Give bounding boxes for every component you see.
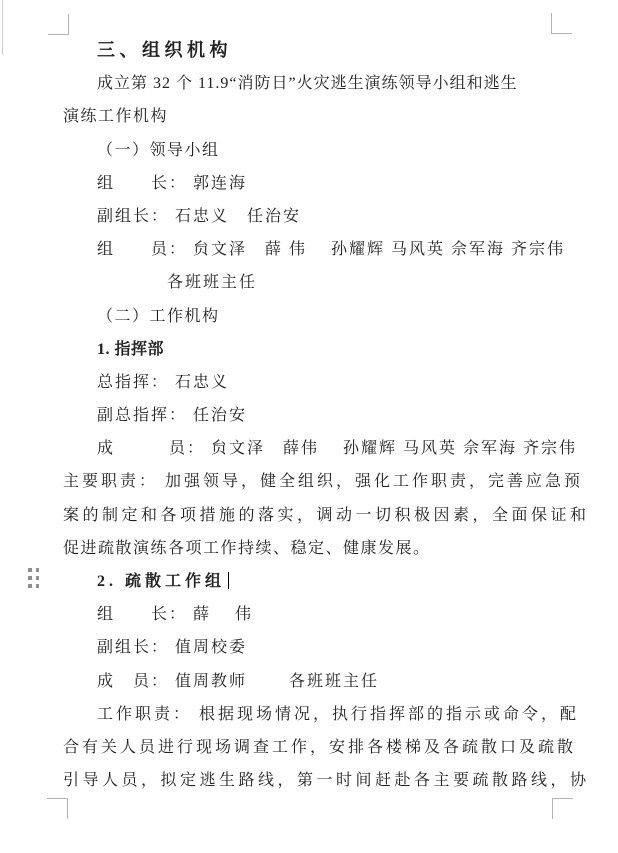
document-text-area[interactable]: 三、组织机构成立第 32 个 11.9“消防日”火灾逃生演练领导小组和逃生演练工…	[63, 34, 603, 797]
text-line-10[interactable]: 1. 指挥部	[97, 333, 603, 366]
text-line-12[interactable]: 副总指挥： 任治安	[97, 399, 603, 432]
text-line-16[interactable]: 促进疏散演练各项工作持续、稳定、健康发展。	[63, 532, 603, 565]
text-boundary-mark-bottom-left	[47, 798, 68, 819]
text-line-8[interactable]: 各班班主任	[167, 266, 603, 299]
text-line-20[interactable]: 成 员： 值周教师 各班班主任	[97, 665, 603, 698]
text-line-21[interactable]: 工作职责： 根据现场情况，执行指挥部的指示或命令，配	[97, 698, 603, 731]
text-line-5[interactable]: 组 长： 郭连海	[97, 167, 603, 200]
text-line-11[interactable]: 总指挥： 石忠义	[97, 366, 603, 399]
text-line-1[interactable]: 三、组织机构	[97, 34, 603, 67]
text-line-22[interactable]: 合有关人员进行现场调查工作，安排各楼梯及各疏散口及疏散	[63, 731, 603, 764]
paragraph-drag-handle-icon[interactable]	[28, 568, 39, 588]
text-boundary-mark-bottom-right	[552, 798, 573, 819]
text-line-23[interactable]: 引导人员，拟定逃生路线，第一时间赶赴各主要疏散路线，协	[63, 764, 603, 797]
text-line-2[interactable]: 成立第 32 个 11.9“消防日”火灾逃生演练领导小组和逃生	[97, 67, 603, 100]
text-line-4[interactable]: （一）领导小组	[97, 134, 603, 167]
text-line-7[interactable]: 组 员： 贠文泽 薛 伟 孙耀辉 马风英 佘军海 齐宗伟	[97, 233, 603, 266]
text-line-9[interactable]: （二）工作机构	[97, 300, 603, 333]
text-line-6[interactable]: 副组长： 石忠义 任治安	[97, 200, 603, 233]
text-line-19[interactable]: 副组长： 值周校委	[97, 631, 603, 664]
text-line-13[interactable]: 成 员： 贠文泽 薛伟 孙耀辉 马风英 佘军海 齐宗伟	[97, 432, 603, 465]
text-line-17[interactable]: 2. 疏散工作组	[97, 565, 603, 598]
text-boundary-mark-top-right	[551, 13, 572, 34]
text-line-18[interactable]: 组 长： 薛 伟	[97, 598, 603, 631]
text-line-15[interactable]: 案的制定和各项措施的落实，调动一切积极因素，全面保证和	[63, 499, 603, 532]
window-edge-artifact	[2, 0, 3, 55]
text-line-3[interactable]: 演练工作机构	[63, 100, 603, 133]
text-boundary-mark-top-left	[48, 14, 69, 35]
document-page: 三、组织机构成立第 32 个 11.9“消防日”火灾逃生演练领导小组和逃生演练工…	[0, 0, 618, 853]
text-cursor	[228, 572, 229, 589]
text-line-14[interactable]: 主要职责： 加强领导，健全组织，强化工作职责，完善应急预	[63, 465, 603, 498]
